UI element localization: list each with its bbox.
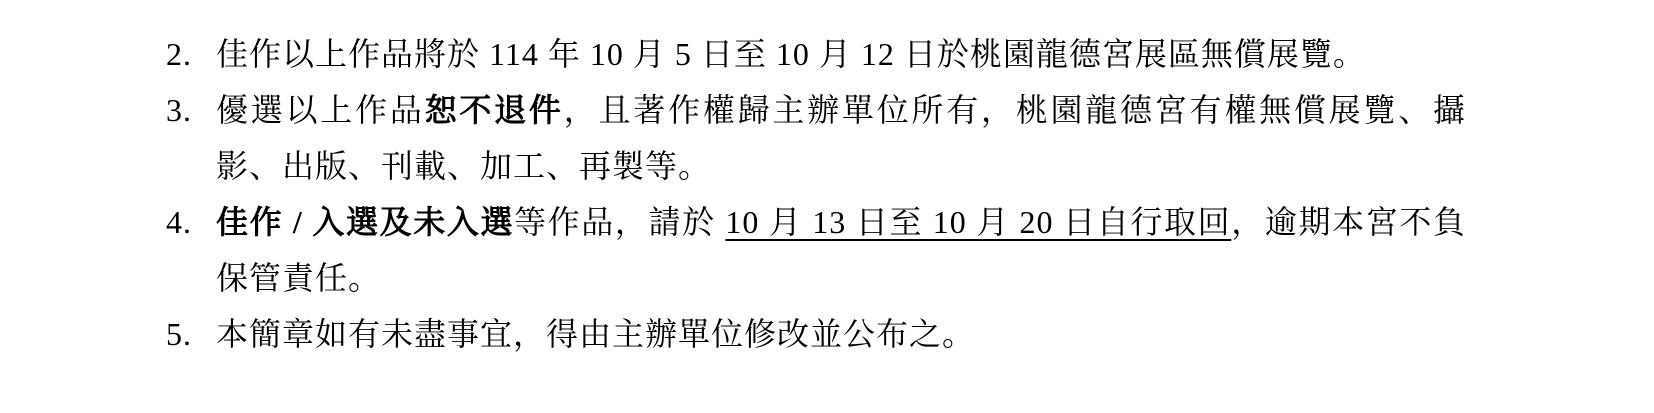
text-segment: 等作品，請於 — [514, 204, 725, 240]
list-item: 3.優選以上作品恕不退件，且著作權歸主辦單位所有，桃園龍德宮有權無償展覽、攝影、… — [166, 82, 1654, 194]
numbered-list: 2.佳作以上作品將於 114 年 10 月 5 日至 10 月 12 日於桃園龍… — [166, 26, 1654, 362]
item-text: 佳作以上作品將於 114 年 10 月 5 日至 10 月 12 日於桃園龍德宮… — [216, 26, 1466, 82]
item-text: 佳作 / 入選及未入選等作品，請於 10 月 13 日至 10 月 20 日自行… — [216, 194, 1466, 306]
item-number: 3. — [166, 82, 216, 138]
bold-text-segment: 恕不退件 — [425, 92, 564, 128]
list-item: 4.佳作 / 入選及未入選等作品，請於 10 月 13 日至 10 月 20 日… — [166, 194, 1654, 306]
list-item: 5.本簡章如有未盡事宜，得由主辦單位修改並公布之。 — [166, 306, 1654, 362]
document-page: 2.佳作以上作品將於 114 年 10 月 5 日至 10 月 12 日於桃園龍… — [0, 0, 1654, 413]
list-item: 2.佳作以上作品將於 114 年 10 月 5 日至 10 月 12 日於桃園龍… — [166, 26, 1654, 82]
item-text: 本簡章如有未盡事宜，得由主辦單位修改並公布之。 — [216, 306, 1466, 362]
item-number: 5. — [166, 306, 216, 362]
item-number: 2. — [166, 26, 216, 82]
text-segment: 優選以上作品 — [216, 92, 425, 128]
item-number: 4. — [166, 194, 216, 250]
item-text: 優選以上作品恕不退件，且著作權歸主辦單位所有，桃園龍德宮有權無償展覽、攝影、出版… — [216, 82, 1466, 194]
underlined-text-segment: 10 月 13 日至 10 月 20 日自行取回 — [725, 204, 1231, 240]
text-segment: 佳作以上作品將於 114 年 10 月 5 日至 10 月 12 日於桃園龍德宮… — [216, 36, 1366, 72]
text-segment: 本簡章如有未盡事宜，得由主辦單位修改並公布之。 — [216, 316, 975, 352]
bold-text-segment: 佳作 / 入選及未入選 — [216, 204, 514, 240]
